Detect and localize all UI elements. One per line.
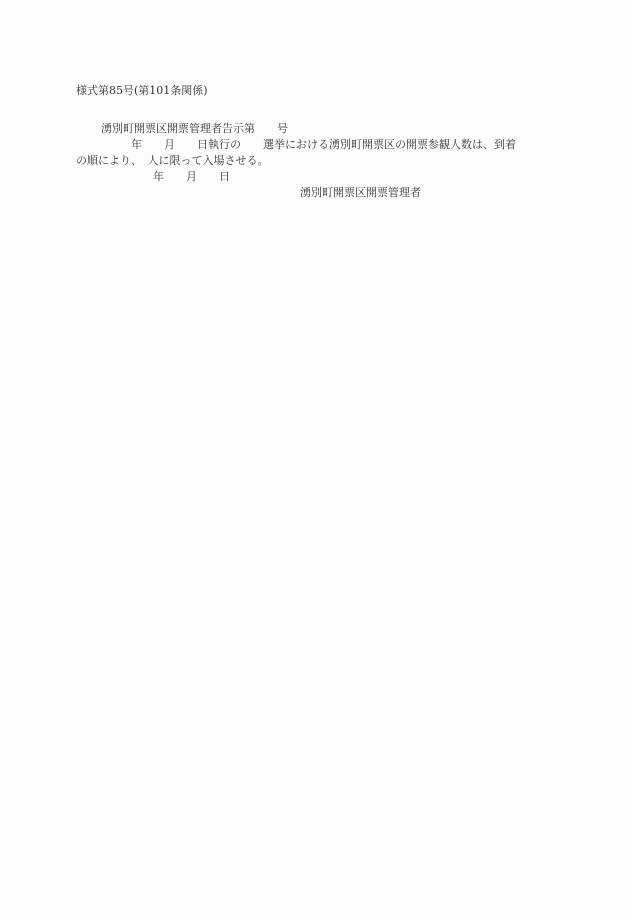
notice-body-line-2: の順により、 人に限って入場させる。	[76, 154, 269, 168]
form-heading: 様式第85号(第101条関係)	[76, 84, 208, 98]
signature-issuer: 湧別町開票区開票管理者	[300, 186, 421, 200]
notice-body-line-1: 年 月 日執行の 選挙における湧別町開票区の開票参観人数は、到着	[76, 138, 516, 152]
notice-date: 年 月 日	[76, 170, 230, 184]
notice-title: 湧別町開票区開票管理者告示第 号	[101, 122, 288, 136]
document-page: 様式第85号(第101条関係) 湧別町開票区開票管理者告示第 号 年 月 日執行…	[0, 0, 630, 915]
